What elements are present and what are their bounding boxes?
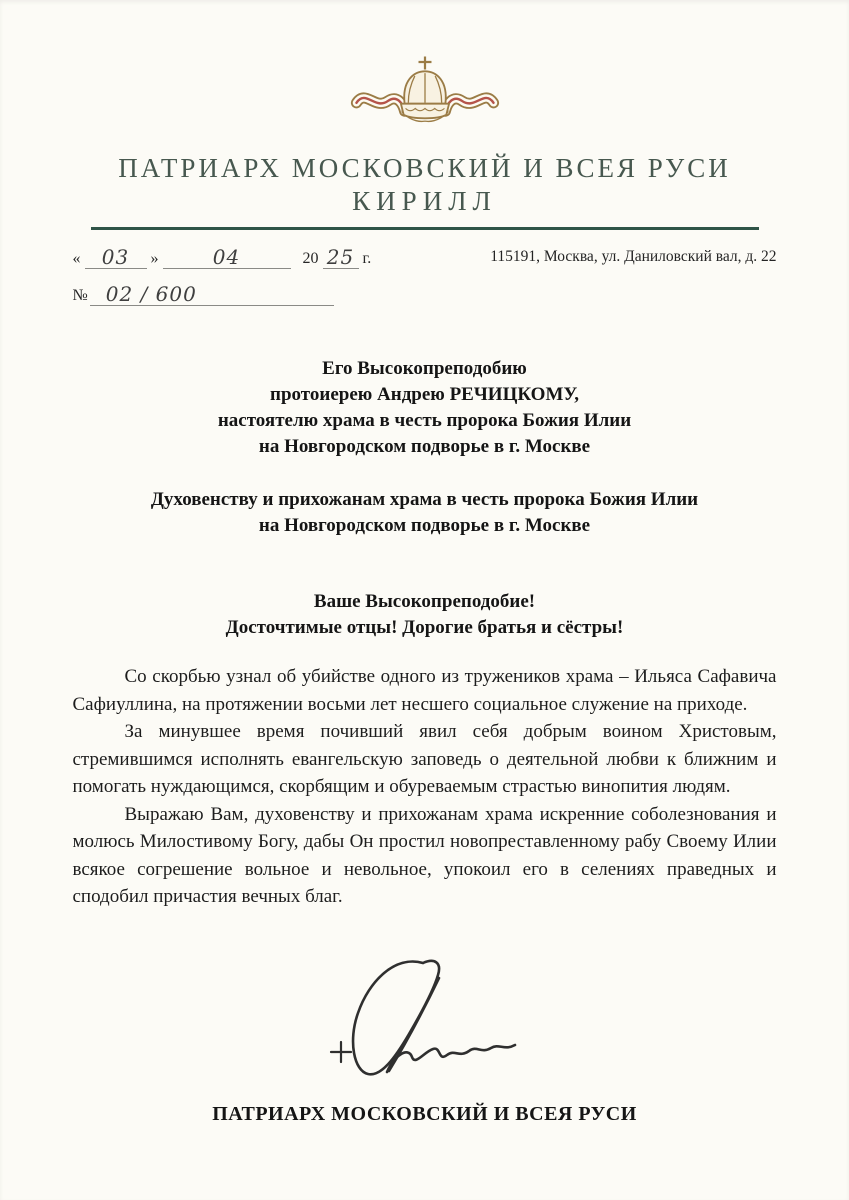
salutation-line: Ваше Высокопреподобие!: [73, 589, 777, 615]
year-suffix: г.: [363, 250, 372, 269]
recipient-line: Духовенству и прихожанам храма в честь п…: [73, 487, 777, 513]
patriarch-crown-emblem: [350, 50, 500, 138]
recipient-line: настоятелю храма в честь пророка Божия И…: [73, 408, 777, 434]
date-year-field: 25: [323, 246, 359, 269]
crown-icon: [350, 50, 500, 138]
date-day-field: 03: [85, 246, 147, 269]
recipient-line: на Новгородском подворье в г. Москве: [73, 434, 777, 460]
quote-close: »: [151, 250, 159, 269]
recipient-line: протоиерею Андрею РЕЧИЦКОМУ,: [73, 382, 777, 408]
number-label: №: [73, 287, 88, 306]
letterhead-title-line2: КИРИЛЛ: [73, 185, 777, 218]
date-line: « 03 » 04 20 25 г.: [73, 246, 372, 269]
signature-kirill-icon: [275, 951, 575, 1091]
salutation-line: Досточтимые отцы! Дорогие братья и сёстр…: [73, 615, 777, 641]
document-number-line: № 02 / 600: [73, 283, 777, 306]
salutation: Ваше Высокопреподобие! Досточтимые отцы!…: [73, 589, 777, 641]
recipient-line: на Новгородском подворье в г. Москве: [73, 513, 777, 539]
signature-area: [275, 951, 575, 1091]
letterhead-title: ПАТРИАРХ МОСКОВСКИЙ И ВСЕЯ РУСИ КИРИЛЛ: [73, 152, 777, 218]
letterhead-divider: [91, 227, 759, 230]
body-paragraph: Выражаю Вам, духовенству и прихожанам хр…: [73, 801, 777, 911]
recipient-line: Его Высокопреподобию: [73, 356, 777, 382]
body-paragraph: Со скорбью узнал об убийстве одного из т…: [73, 663, 777, 718]
letter-body: Со скорбью узнал об убийстве одного из т…: [73, 663, 777, 911]
letterhead-address: 115191, Москва, ул. Даниловский вал, д. …: [490, 248, 776, 269]
footer-title: ПАТРИАРХ МОСКОВСКИЙ И ВСЕЯ РУСИ: [73, 1103, 777, 1126]
body-paragraph: За минувшее время почивший явил себя доб…: [73, 718, 777, 801]
meta-row: « 03 » 04 20 25 г. 115191, Москва, ул. Д…: [73, 246, 777, 269]
date-month-field: 04: [163, 246, 291, 269]
year-prefix: 20: [303, 250, 319, 269]
letter-page: ПАТРИАРХ МОСКОВСКИЙ И ВСЕЯ РУСИ КИРИЛЛ «…: [0, 0, 849, 1200]
quote-open: «: [73, 250, 81, 269]
letterhead-title-line1: ПАТРИАРХ МОСКОВСКИЙ И ВСЕЯ РУСИ: [73, 152, 777, 185]
document-number-field: 02 / 600: [90, 283, 334, 306]
recipient-block: Его Высокопреподобию протоиерею Андрею Р…: [73, 356, 777, 460]
recipient-block-2: Духовенству и прихожанам храма в честь п…: [73, 487, 777, 539]
